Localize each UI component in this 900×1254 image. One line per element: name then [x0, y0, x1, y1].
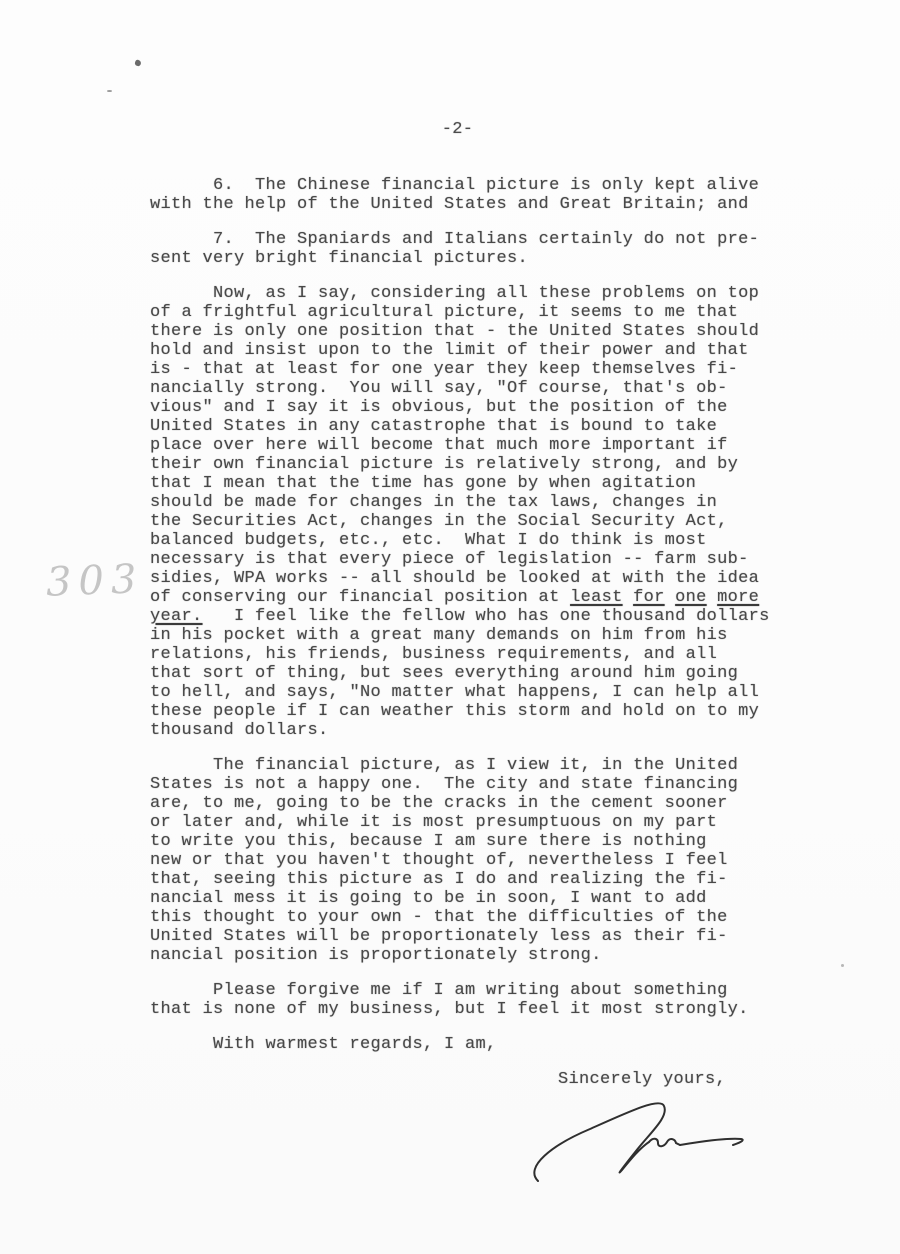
scan-speck: [134, 59, 142, 67]
paragraph-financial-picture: The financial picture, as I view it, in …: [150, 756, 810, 965]
scanned-letter-page: -2- 303 6. The Chinese financial picture…: [0, 0, 900, 1254]
scan-speck: [841, 964, 844, 967]
paragraph-main: Now, as I say, considering all these pro…: [150, 284, 810, 740]
letter-body: 6. The Chinese financial picture is only…: [150, 176, 810, 1189]
paragraph-item-7: 7. The Spaniards and Italians certainly …: [150, 230, 810, 268]
paragraph-apology: Please forgive me if I am writing about …: [150, 981, 810, 1019]
paragraph-regards: With warmest regards, I am,: [150, 1035, 810, 1054]
paragraph-item-6: 6. The Chinese financial picture is only…: [150, 176, 810, 214]
page-number: -2-: [150, 120, 765, 139]
signoff: Sincerely yours,: [558, 1070, 810, 1089]
scan-speck: [107, 90, 112, 92]
signature-scribble: [532, 1093, 757, 1189]
margin-note-handwritten: 303: [45, 556, 144, 605]
